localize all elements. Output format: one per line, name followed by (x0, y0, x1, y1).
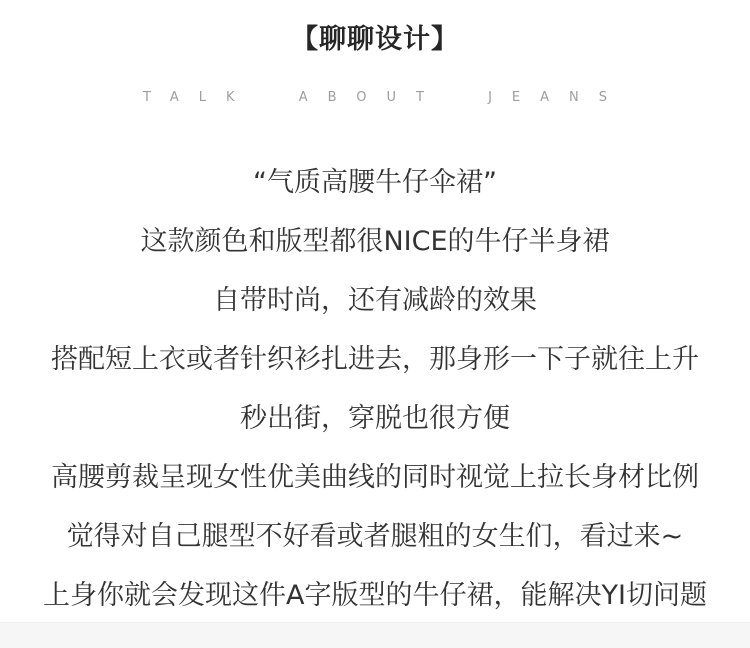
next-section-divider (0, 622, 750, 648)
description-line: 上身你就会发现这件A字版型的牛仔裙，能解决YI切问题 (0, 579, 750, 612)
description-line: 高腰剪裁呈现女性优美曲线的同时视觉上拉长身材比例 (0, 461, 750, 494)
description-line: 觉得对自己腿型不好看或者腿粗的女生们，看过来~ (0, 520, 750, 553)
description-line: 这款颜色和版型都很NICE的牛仔半身裙 (0, 225, 750, 258)
section-title: 【聊聊设计】 (0, 0, 750, 56)
product-tagline: “气质高腰牛仔伞裙” (0, 166, 750, 199)
description-line: 秒出街，穿脱也很方便 (0, 402, 750, 435)
description-line: 搭配短上衣或者针织衫扎进去，那身形一下子就往上升 (0, 343, 750, 376)
description-text-block: “气质高腰牛仔伞裙” 这款颜色和版型都很NICE的牛仔半身裙 自带时尚，还有减龄… (0, 166, 750, 612)
description-line: 自带时尚，还有减龄的效果 (0, 284, 750, 317)
design-talk-section: 【聊聊设计】 TALK ABOUT JEANS “气质高腰牛仔伞裙” 这款颜色和… (0, 0, 750, 648)
section-subtitle-english: TALK ABOUT JEANS (0, 90, 750, 106)
